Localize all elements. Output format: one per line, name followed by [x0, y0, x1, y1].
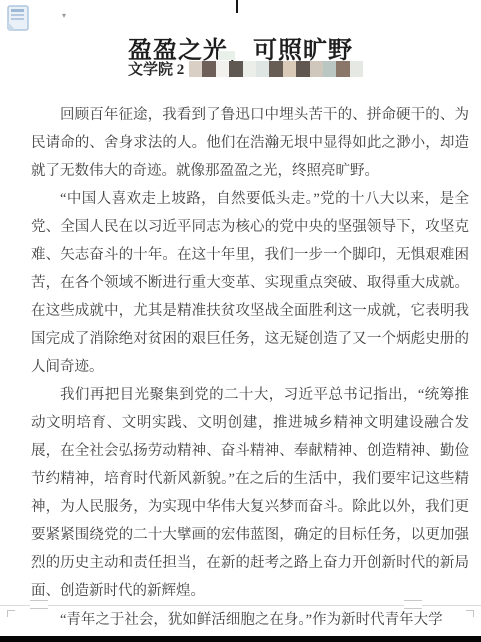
document-title[interactable]: 盈盈之光，可照旷野 [0, 30, 481, 65]
paragraph-2[interactable]: “中国人喜欢走上坡路，自然要低头走。”党的十八大以来，是全党、全国人民在以习近平… [31, 185, 469, 381]
redaction-block [202, 61, 215, 77]
redaction-block [229, 61, 242, 77]
window-bottom-edge [0, 636, 481, 642]
chevron-down-icon[interactable]: ▾ [62, 12, 66, 20]
paragraph-4[interactable]: “青年之于社会，犹如鲜活细胞之在身。”作为新时代青年大学 [31, 606, 469, 634]
text-boundary-corner-left [7, 610, 15, 617]
redaction-block [243, 61, 256, 77]
redaction-block [310, 61, 323, 77]
redaction-block [336, 61, 349, 77]
byline-text[interactable]: 文学院 2 [128, 58, 184, 78]
text-cursor [236, 0, 238, 13]
redaction-block-top [218, 51, 235, 60]
redaction-block [269, 61, 282, 77]
next-page-body[interactable]: “青年之于社会，犹如鲜活细胞之在身。”作为新时代青年大学 [31, 606, 469, 634]
redaction-block [323, 61, 336, 77]
redaction-block [189, 61, 202, 77]
redaction-block [216, 61, 229, 77]
redaction-block [256, 61, 269, 77]
paragraph-3[interactable]: 我们再把目光聚集到党的二十大，习近平总书记指出，“统筹推动文明培育、文明实践、文… [31, 381, 469, 605]
redaction-block [296, 61, 309, 77]
redaction-mosaic [189, 61, 363, 77]
redaction-block [350, 61, 363, 77]
paragraph-1[interactable]: 回顾百年征途，我看到了鲁迅口中埋头苦干的、拼命硬干的、为民请命的、舍身求法的人。… [31, 101, 469, 185]
document-page: ▾ 盈盈之光，可照旷野 文学院 2 回顾百年征途，我看到了鲁迅口中埋头苦干的、拼… [0, 0, 481, 642]
redaction-block [283, 61, 296, 77]
document-body[interactable]: 回顾百年征途，我看到了鲁迅口中埋头苦干的、拼命硬干的、为民请命的、舍身求法的人。… [31, 101, 469, 605]
